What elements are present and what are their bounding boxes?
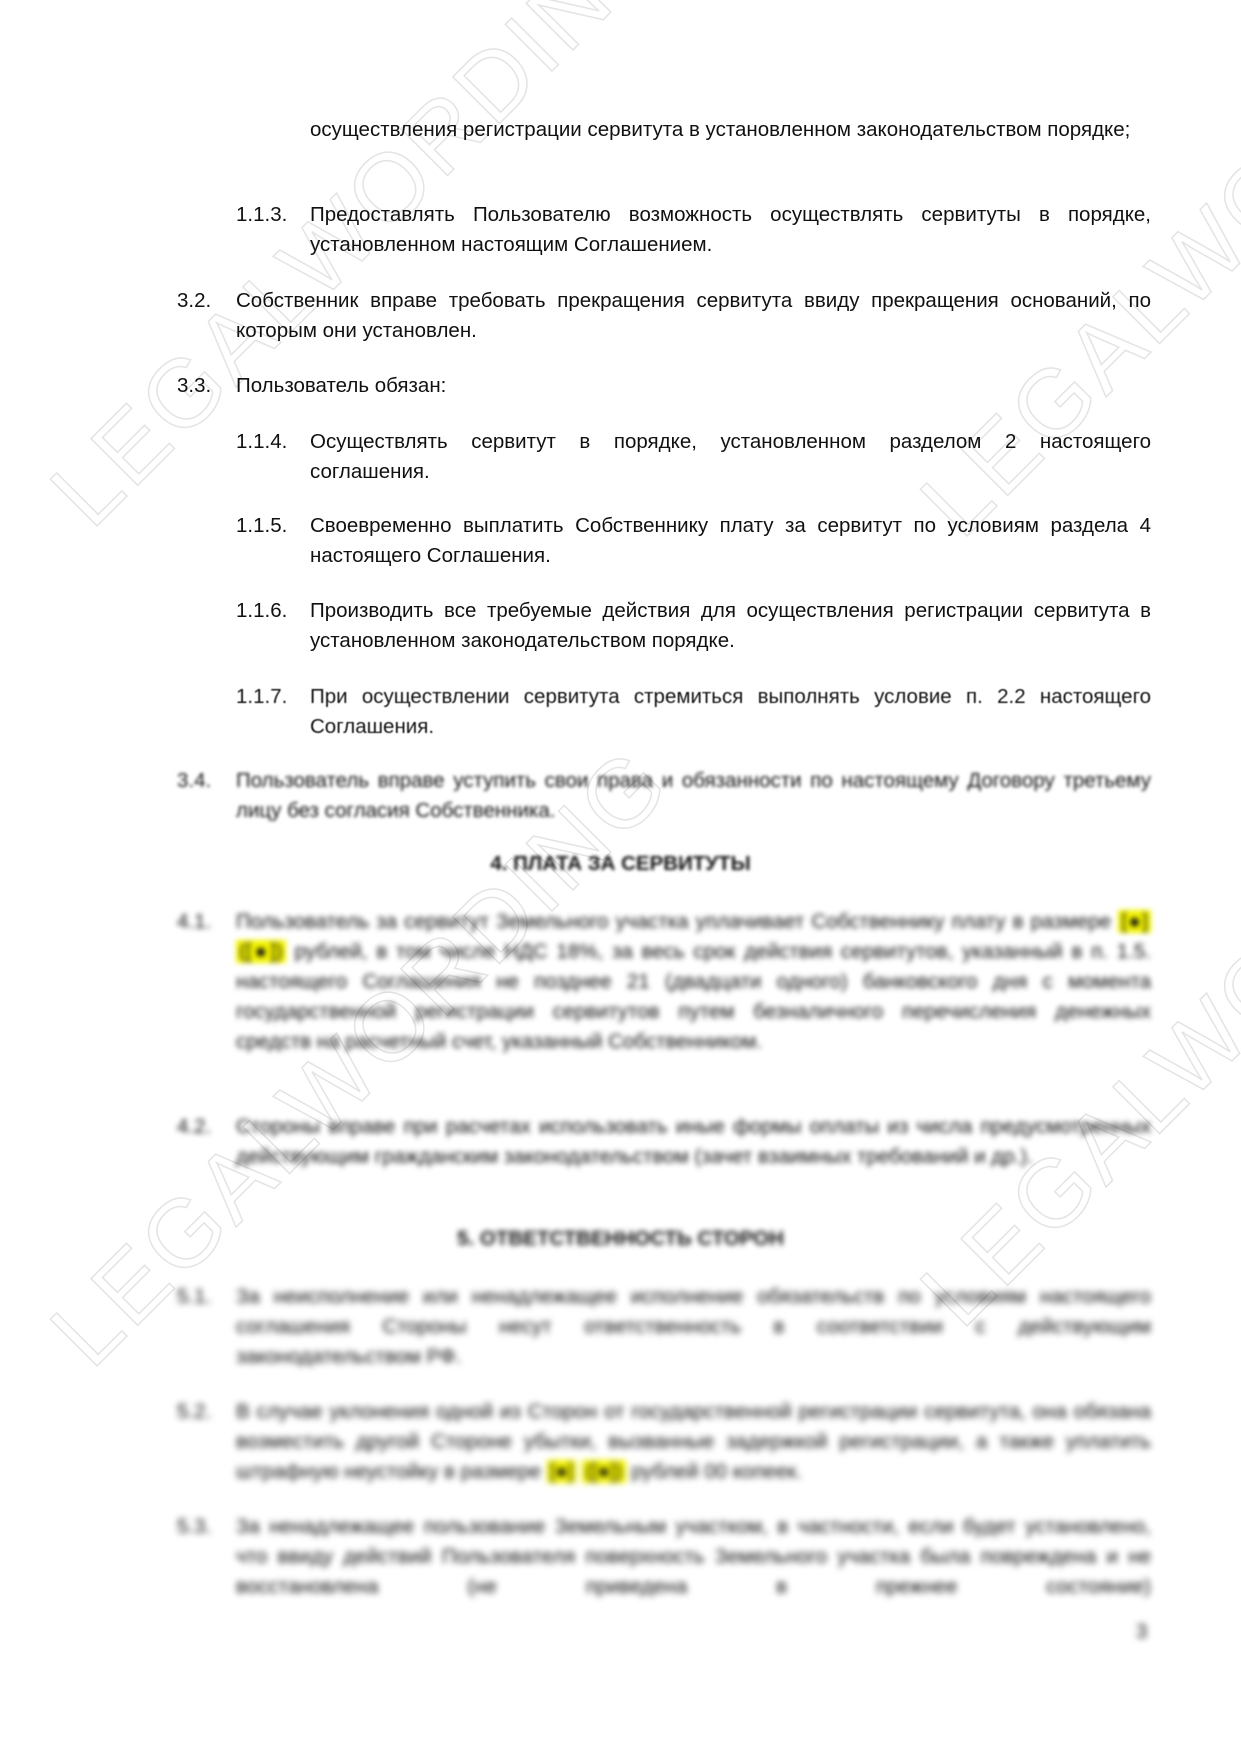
clause-text: Производить все требуемые действия для о… — [310, 596, 1151, 656]
clause-number: 1.1.4. — [236, 427, 287, 457]
clause-text: При осуществлении сервитута стремиться в… — [310, 682, 1151, 742]
clause-4-2: 4.2. Стороны вправе при расчетах использ… — [0, 1112, 1241, 1202]
section-heading-5: 5. ОТВЕТСТВЕННОСТЬ СТОРОН — [0, 1227, 1241, 1251]
clause-5-2: 5.2. В случае уклонения одной из Сторон … — [0, 1397, 1241, 1487]
clause-number: 3.2. — [177, 286, 211, 316]
clause-1-1-6: 1.1.6. Производить все требуемые действи… — [0, 596, 1241, 656]
clause-text: В случае уклонения одной из Сторон от го… — [236, 1397, 1151, 1487]
page-number: 3 — [1136, 1620, 1147, 1644]
clause-5-3: 5.3. За ненадлежащее пользование Земельн… — [0, 1512, 1241, 1602]
clause-number: 4.2. — [177, 1112, 211, 1142]
clause-number: 5.1. — [177, 1282, 211, 1312]
amount-words-placeholder: ([●]) — [236, 940, 286, 963]
clause-1-1-7: 1.1.7. При осуществлении сервитута стрем… — [0, 682, 1241, 742]
amount-placeholder: [●] — [1118, 910, 1151, 933]
clause-number: 1.1.7. — [236, 682, 287, 712]
clause-3-2: 3.2. Собственник вправе требовать прекра… — [0, 286, 1241, 346]
clause-text: Пользователь вправе уступить свои права … — [236, 766, 1151, 826]
clause-4-1: 4.1. Пользователь за сервитут Земельного… — [0, 907, 1241, 1087]
clause-text: Пользователь за сервитут Земельного учас… — [236, 907, 1151, 1057]
clause-3-3: 3.3. Пользователь обязан: — [0, 371, 1241, 401]
clause-5-1: 5.1. За неисполнение или ненадлежащее ис… — [0, 1282, 1241, 1372]
clause-number: 3.4. — [177, 766, 211, 796]
amount-words-placeholder: ([●]) — [582, 1460, 625, 1483]
clause-number: 1.1.6. — [236, 596, 287, 626]
clause-number: 1.1.3. — [236, 200, 287, 230]
clause-text: Стороны вправе при расчетах использовать… — [236, 1112, 1151, 1172]
clause-text: Собственник вправе требовать прекращения… — [236, 286, 1151, 346]
clause-text: Пользователь обязан: — [236, 371, 1151, 401]
clause-number: 1.1.5. — [236, 511, 287, 541]
clause-text-after: рублей 00 копеек. — [631, 1460, 802, 1483]
clause-continuation: осуществления регистрации сервитута в ус… — [0, 115, 1241, 175]
clause-text: Своевременно выплатить Собственнику плат… — [310, 511, 1151, 571]
clause-text-before: Пользователь за сервитут Земельного учас… — [236, 910, 1111, 933]
amount-placeholder: [●] — [547, 1460, 577, 1483]
clause-number: 5.2. — [177, 1397, 211, 1427]
clause-text: осуществления регистрации сервитута в ус… — [310, 115, 1151, 145]
clause-1-1-5: 1.1.5. Своевременно выплатить Собственни… — [0, 511, 1241, 571]
clause-text: Осуществлять сервитут в порядке, установ… — [310, 427, 1151, 487]
section-heading-4: 4. ПЛАТА ЗА СЕРВИТУТЫ — [0, 852, 1241, 876]
clause-text-after: рублей, в том числе НДС 18%, за весь сро… — [236, 940, 1151, 1053]
clause-1-1-4: 1.1.4. Осуществлять сервитут в порядке, … — [0, 427, 1241, 487]
clause-number: 4.1. — [177, 907, 211, 937]
clause-text: За неисполнение или ненадлежащее исполне… — [236, 1282, 1151, 1372]
clause-3-4: 3.4. Пользователь вправе уступить свои п… — [0, 766, 1241, 826]
clause-number: 5.3. — [177, 1512, 211, 1542]
clause-text: Предоставлять Пользователю возможность о… — [310, 200, 1151, 260]
clause-text: За ненадлежащее пользование Земельным уч… — [236, 1512, 1151, 1602]
clause-1-1-3: 1.1.3. Предоставлять Пользователю возмож… — [0, 200, 1241, 260]
clause-number: 3.3. — [177, 371, 211, 401]
document-page: LEGALWORDING LEGALWORDING LEGALWORDING L… — [0, 0, 1241, 1754]
